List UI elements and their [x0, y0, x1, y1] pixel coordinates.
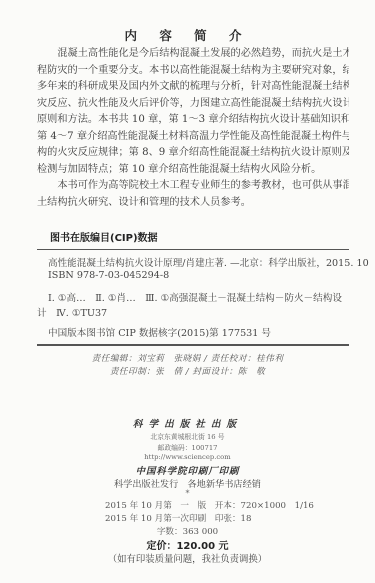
summary-line: 第 4～7 章介绍高性能混凝土材料高温力学性能及高性能混凝土构件与结 [37, 129, 349, 146]
credits-editors: 责任编辑：刘宝莉 张晓娟 / 责任校对：桂伟利 [0, 352, 375, 364]
quality-note: （如有印装质量问题，我社负责调换） [0, 551, 375, 565]
cip-classification-2: 计 Ⅳ. ①TU37 [37, 305, 107, 319]
publisher-name: 科学出版社出版 [0, 416, 375, 430]
cip-isbn: ISBN 978-7-03-045294-8 [48, 270, 169, 281]
summary-paragraph-1: 混凝土高性能化是今后结构混凝土发展的必然趋势，而抗火是土木工 程防灾的一个重要分… [37, 46, 349, 178]
summary-title: 内 容 简 介 [0, 26, 375, 44]
publisher-postcode: 邮政编码：100717 [0, 442, 375, 452]
publisher-url: http://www.sciencep.com [0, 453, 375, 461]
distribution: 科学出版社发行 各地新华书店经销 [0, 476, 375, 490]
edition-info: 2015 年 10 月第 一 版 开本：720×1000 1/16 [105, 499, 314, 511]
cip-classification-1: Ⅰ. ①高… Ⅱ. ①肖… Ⅲ. ①高强混凝土－混凝土结构－防火－结构设 [48, 290, 342, 304]
summary-line: 检测与加固特点；第 10 章介绍高性能混凝土结构火风险分析。 [37, 162, 349, 179]
cip-bottom-divider [37, 344, 349, 346]
printer-name: 中国科学院印刷厂印刷 [0, 463, 375, 477]
summary-line: 灾反应、抗火性能及火后评价等，力图建立高性能混凝土结构抗火设计基本 [37, 96, 349, 113]
summary-line: 本书可作为高等院校土木工程专业师生的参考教材，也可供从事混凝 [37, 178, 349, 195]
credits-production: 责任印制：张 倩 / 封面设计：陈 敬 [0, 365, 375, 377]
impression-info: 2015 年 10 月第一次印刷 印张：18 [105, 512, 251, 524]
separator-asterisk: * [0, 489, 375, 498]
cip-record-number: 中国版本图书馆 CIP 数据核字(2015)第 177531 号 [48, 325, 271, 339]
word-count: 字数：363 000 [0, 525, 375, 537]
summary-line: 土结构抗火研究、设计和管理的技术人员参考。 [37, 195, 349, 212]
summary-line: 程防灾的一个重要分支。本书以高性能混凝土结构为主要研究对象，结合 [37, 63, 349, 80]
price: 定价：120.00 元 [0, 537, 375, 552]
cip-top-divider [37, 249, 349, 250]
cip-title-line: 高性能混凝土结构抗火设计原理/肖建庄著. —北京：科学出版社，2015. 10 [48, 255, 369, 269]
summary-line: 原则和方法。本书共 10 章，第 1～3 章介绍结构抗火设计基础知识和方法； [37, 112, 349, 129]
publisher-address: 北京东黄城根北街 16 号 [0, 431, 375, 441]
summary-paragraph-2: 本书可作为高等院校土木工程专业师生的参考教材，也可供从事混凝 土结构抗火研究、设… [37, 178, 349, 211]
summary-line: 多年来的科研成果及国内外文献的梳理与分析，针对高性能混凝土结构火 [37, 79, 349, 96]
summary-line: 构的火灾反应规律；第 8、9 章介绍高性能混凝土结构抗火设计原则及火后 [37, 145, 349, 162]
summary-line: 混凝土高性能化是今后结构混凝土发展的必然趋势，而抗火是土木工 [37, 46, 349, 63]
cip-heading: 图书在版编目(CIP)数据 [50, 229, 158, 244]
